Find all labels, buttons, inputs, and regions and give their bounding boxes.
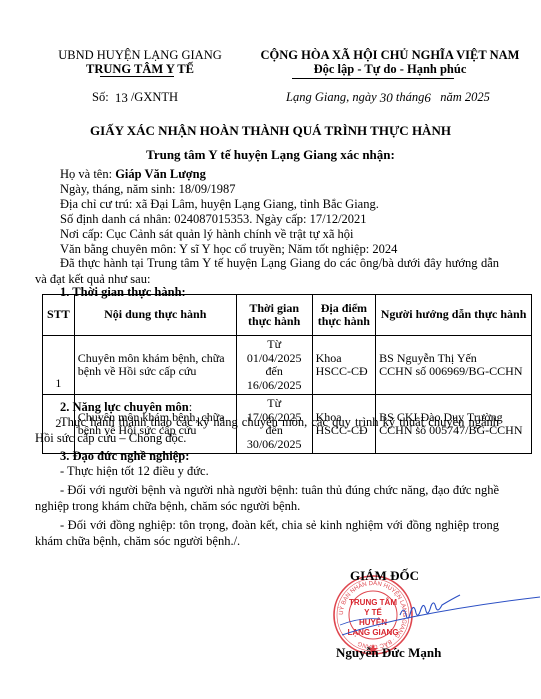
date-day: 30 — [380, 90, 393, 105]
guide-cert: CCHN số 006969/BG-CCHN — [379, 365, 528, 379]
document-date: Lạng Giang, ngày 30 tháng6 năm 2025 — [286, 89, 490, 105]
cell-guide: BS Nguyễn Thị Yến CCHN số 006969/BG-CCHN — [376, 336, 532, 395]
col-header-time: Thời gian thực hành — [236, 295, 312, 336]
cell-content: Chuyên môn khám bệnh, chữa bệnh về Hồi s… — [74, 336, 236, 395]
person-id-issuer: Nơi cấp: Cục Cảnh sát quản lý hành chính… — [60, 227, 354, 242]
document-number: Số: 13/GXNTH — [92, 89, 178, 105]
number-value: 13 — [115, 90, 128, 105]
cell-place: Khoa HSCC-CĐ — [312, 336, 376, 395]
col-header-stt: STT — [43, 295, 75, 336]
guide-name: BS Nguyễn Thị Yến — [379, 352, 528, 366]
date-year: năm 2025 — [440, 90, 490, 104]
country-name: CỘNG HÒA XÃ HỘI CHỦ NGHĨA VIỆT NAM — [245, 48, 535, 62]
signer-title: GIÁM ĐỐC — [350, 568, 419, 584]
person-degree: Văn bằng chuyên môn: Y sĩ Y học cổ truyề… — [60, 242, 397, 257]
authority-unit: TRUNG TÂM Y TẾ — [40, 62, 240, 76]
number-label: Số: — [92, 90, 109, 104]
section2-text: Thực hành thành thạo các kỹ năng chuyên … — [35, 415, 499, 446]
signer-name: Nguyễn Đức Mạnh — [336, 645, 441, 661]
date-prefix: Lạng Giang, ngày — [286, 90, 377, 104]
authority-parent: UBND HUYỆN LẠNG GIANG — [40, 48, 240, 62]
motto: Độc lập - Tự do - Hạnh phúc — [245, 62, 535, 76]
time-to: đến 16/06/2025 — [240, 365, 309, 392]
col-header-place: Địa điểm thực hành — [312, 295, 376, 336]
col-header-guide: Người hướng dẫn thực hành — [376, 295, 532, 336]
issuing-authority: UBND HUYỆN LẠNG GIANG TRUNG TÂM Y TẾ — [40, 48, 240, 76]
section2-title: 2. Năng lực chuyên môn — [60, 400, 189, 414]
name-label: Họ và tên: — [60, 167, 112, 181]
authority-underline — [100, 76, 174, 77]
table-header-row: STT Nội dung thực hành Thời gian thực hà… — [43, 295, 532, 336]
cell-stt: 1 — [43, 336, 75, 395]
section3-item: - Đối với người bệnh và người nhà người … — [35, 483, 499, 514]
document-title: GIẤY XÁC NHẬN HOÀN THÀNH QUÁ TRÌNH THỰC … — [0, 123, 541, 139]
time-from: Từ 01/04/2025 — [240, 338, 309, 365]
intro-paragraph: Đã thực hành tại Trung tâm Y tế huyện Lạ… — [35, 256, 499, 287]
person-address: Địa chỉ cư trú: xã Đại Lâm, huyện Lạng G… — [60, 197, 379, 212]
section2-heading: 2. Năng lực chuyên môn: — [60, 400, 192, 415]
person-dob: Ngày, tháng, năm sinh: 18/09/1987 — [60, 182, 236, 197]
number-suffix: /GXNTH — [131, 90, 178, 104]
section3-item: - Thực hiện tốt 12 điều y đức. — [35, 464, 499, 480]
document-subtitle: Trung tâm Y tế huyện Lạng Giang xác nhận… — [0, 147, 541, 163]
section3-heading: 3. Đạo đức nghề nghiệp: — [60, 449, 189, 464]
cell-time: Từ 01/04/2025 đến 16/06/2025 — [236, 336, 312, 395]
person-name-line: Họ và tên: Giáp Văn Lượng — [60, 167, 206, 182]
section2-colon: : — [189, 400, 192, 414]
national-motto: CỘNG HÒA XÃ HỘI CHỦ NGHĨA VIỆT NAM Độc l… — [245, 48, 535, 76]
handwritten-signature-icon — [340, 585, 541, 645]
person-name: Giáp Văn Lượng — [115, 167, 206, 181]
section3-item: - Đối với đồng nghiệp: tôn trọng, đoàn k… — [35, 518, 499, 549]
motto-underline — [292, 78, 454, 79]
date-month-label: tháng — [396, 90, 424, 104]
date-month: 6 — [424, 90, 431, 105]
person-id: Số định danh cá nhân: 024087015353. Ngày… — [60, 212, 367, 227]
table-row: 1 Chuyên môn khám bệnh, chữa bệnh về Hồi… — [43, 336, 532, 395]
col-header-content: Nội dung thực hành — [74, 295, 236, 336]
